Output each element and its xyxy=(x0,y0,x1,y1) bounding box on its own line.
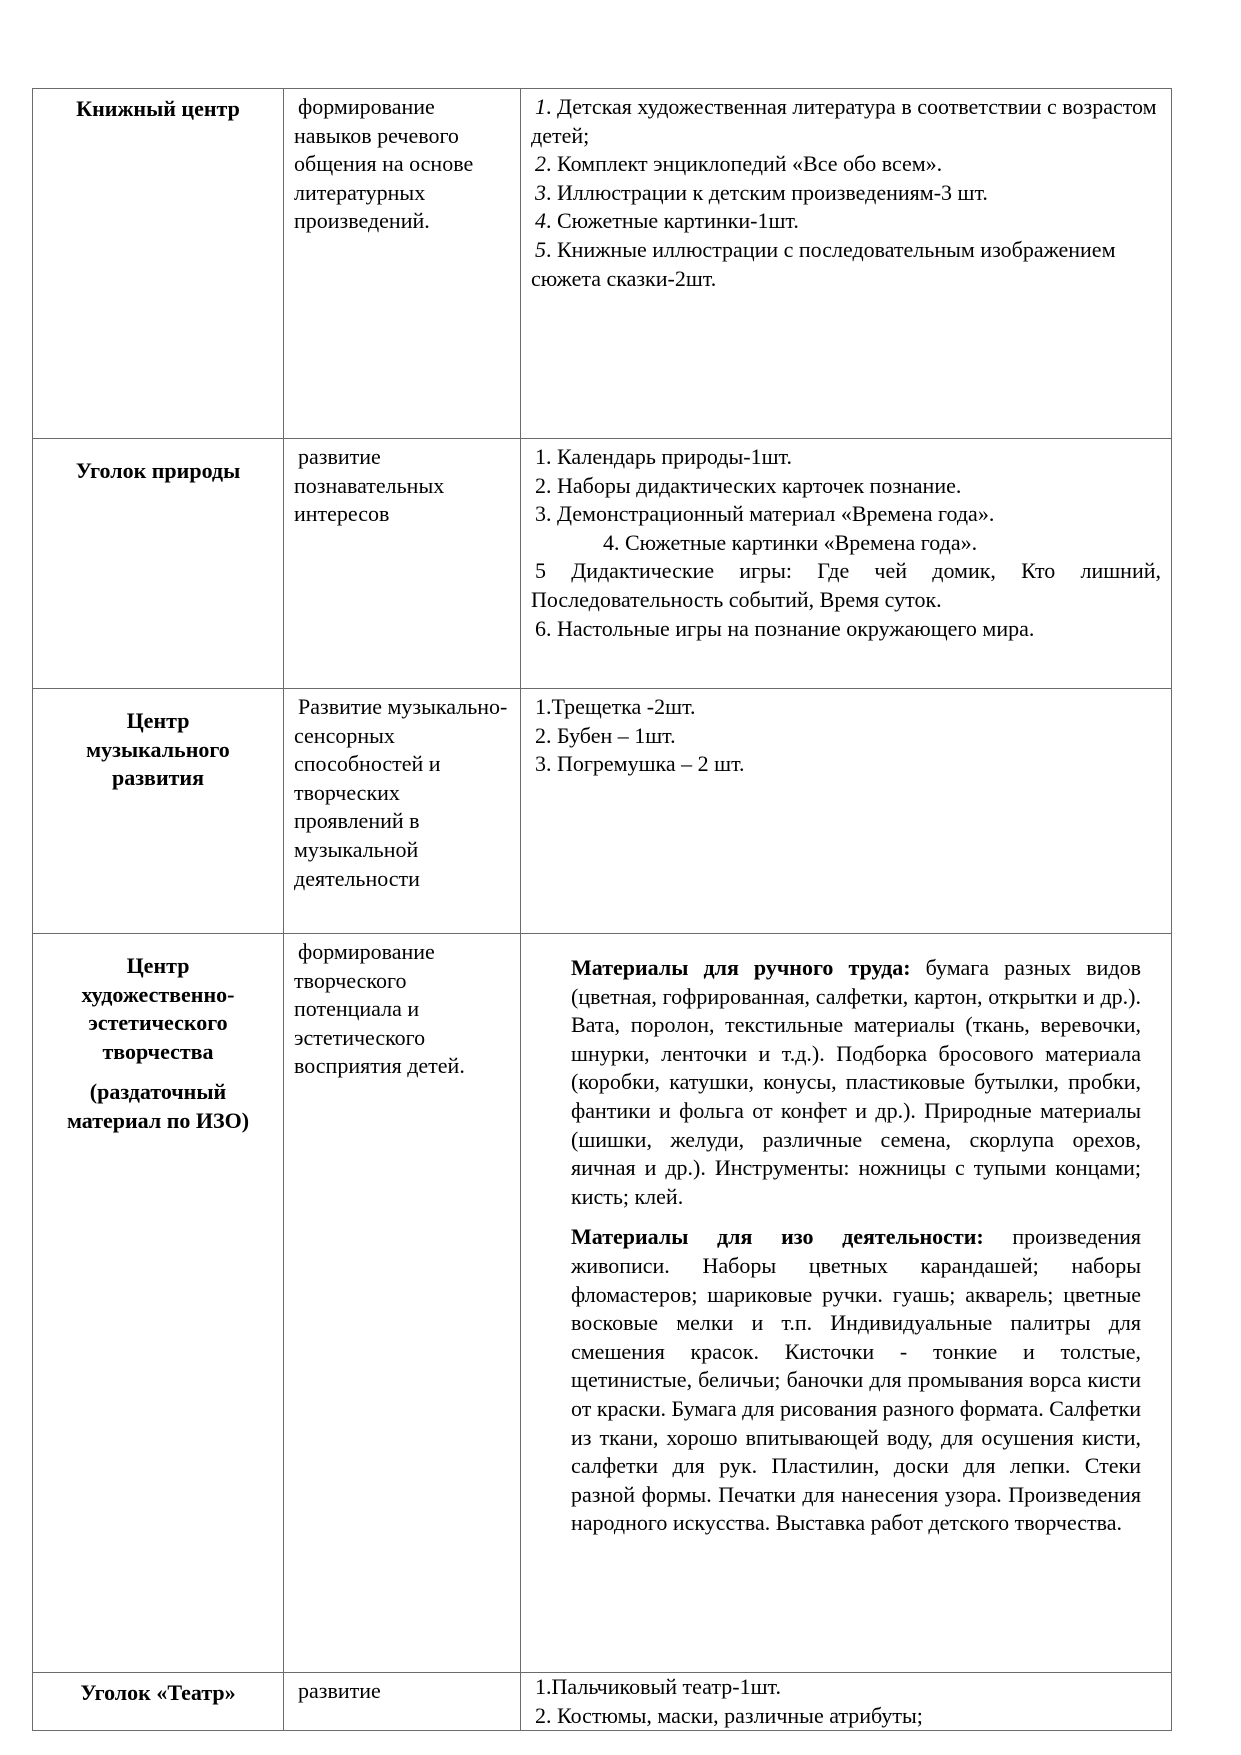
list-item: 5 Дидактические игры: Где чей домик, Кто… xyxy=(531,557,1161,614)
list-item: 3. Иллюстрации к детским произведениям-3… xyxy=(531,179,1161,208)
equipment-cell: 1. Календарь природы-1шт. 2. Наборы дида… xyxy=(521,439,1172,689)
center-name-cell: Уголок «Театр» xyxy=(33,1673,284,1731)
list-item: 1.Пальчиковый театр-1шт. xyxy=(531,1673,1161,1702)
table-row: Центр музыкального развития Развитие муз… xyxy=(33,689,1172,934)
center-name: Книжный центр xyxy=(76,96,240,121)
list-item: 4. Сюжетные картинки-1шт. xyxy=(531,207,1161,236)
goal-text: Развитие музыкально-сенсорных способност… xyxy=(294,693,512,893)
goal-text: формирование навыков речевого общения на… xyxy=(294,93,512,236)
table-row: Книжный центр формирование навыков речев… xyxy=(33,89,1172,439)
paragraph-text: произведения живописи. Наборы цветных ка… xyxy=(571,1224,1141,1535)
paragraph-lead: Материалы для изо деятельности: xyxy=(571,1224,984,1249)
list-item: 6. Настольные игры на познание окружающе… xyxy=(531,615,1161,644)
center-name: Уголок «Театр» xyxy=(80,1680,235,1705)
center-name: Центр художественно-эстетического творче… xyxy=(82,953,235,1064)
goal-text: развитие xyxy=(294,1677,512,1706)
center-name-cell: Центр музыкального развития xyxy=(33,689,284,934)
center-name-cell: Книжный центр xyxy=(33,89,284,439)
list-item: 2. Наборы дидактических карточек познани… xyxy=(531,472,1161,501)
equipment-table: Книжный центр формирование навыков речев… xyxy=(32,88,1172,1731)
goal-cell: формирование творческого потенциала и эс… xyxy=(284,934,521,1673)
center-name: Центр музыкального развития xyxy=(86,708,230,790)
list-item: 3. Погремушка – 2 шт. xyxy=(531,750,1161,779)
equipment-cell: 1. Детская художественная литература в с… xyxy=(521,89,1172,439)
center-name: Уголок природы xyxy=(76,458,241,483)
list-item: 4. Сюжетные картинки «Времена года». xyxy=(531,529,1161,558)
list-item: 5. Книжные иллюстрации с последовательны… xyxy=(531,236,1161,293)
center-name-cell: Центр художественно-эстетического творче… xyxy=(33,934,284,1673)
equipment-list: 1.Трещетка -2шт. 2. Бубен – 1шт. 3. Погр… xyxy=(531,693,1161,779)
materials-paragraph-manual: Материалы для ручного труда: бумага разн… xyxy=(531,954,1161,1211)
goal-cell: развитие познавательных интересов xyxy=(284,439,521,689)
list-item: 1. Детская художественная литература в с… xyxy=(531,93,1161,150)
goal-text: формирование творческого потенциала и эс… xyxy=(294,938,512,1081)
materials-paragraph-art: Материалы для изо деятельности: произвед… xyxy=(531,1223,1161,1538)
table-row: Центр художественно-эстетического творче… xyxy=(33,934,1172,1673)
goal-cell: формирование навыков речевого общения на… xyxy=(284,89,521,439)
equipment-cell: 1.Пальчиковый театр-1шт. 2. Костюмы, мас… xyxy=(521,1673,1172,1731)
goal-cell: развитие xyxy=(284,1673,521,1731)
paragraph-text: бумага разных видов (цветная, гофрирован… xyxy=(571,955,1141,1209)
paragraph-lead: Материалы для ручного труда: xyxy=(571,955,911,980)
equipment-list: 1.Пальчиковый театр-1шт. 2. Костюмы, мас… xyxy=(531,1673,1161,1730)
center-name-cell: Уголок природы xyxy=(33,439,284,689)
list-item: 1.Трещетка -2шт. xyxy=(531,693,1161,722)
equipment-list: 1. Календарь природы-1шт. 2. Наборы дида… xyxy=(531,443,1161,643)
list-item: 2. Бубен – 1шт. xyxy=(531,722,1161,751)
list-item: 2. Костюмы, маски, различные атрибуты; xyxy=(531,1702,1161,1731)
equipment-cell: 1.Трещетка -2шт. 2. Бубен – 1шт. 3. Погр… xyxy=(521,689,1172,934)
equipment-cell: Материалы для ручного труда: бумага разн… xyxy=(521,934,1172,1673)
goal-text: развитие познавательных интересов xyxy=(294,443,512,529)
table-row: Уголок природы развитие познавательных и… xyxy=(33,439,1172,689)
table-row: Уголок «Театр» развитие 1.Пальчиковый те… xyxy=(33,1673,1172,1731)
center-name-note: (раздаточный материал по ИЗО) xyxy=(63,1078,253,1135)
list-item: 3. Демонстрационный материал «Времена го… xyxy=(531,500,1161,529)
equipment-list: 1. Детская художественная литература в с… xyxy=(531,93,1161,293)
list-item: 1. Календарь природы-1шт. xyxy=(531,443,1161,472)
list-item: 2. Комплект энциклопедий «Все обо всем». xyxy=(531,150,1161,179)
goal-cell: Развитие музыкально-сенсорных способност… xyxy=(284,689,521,934)
